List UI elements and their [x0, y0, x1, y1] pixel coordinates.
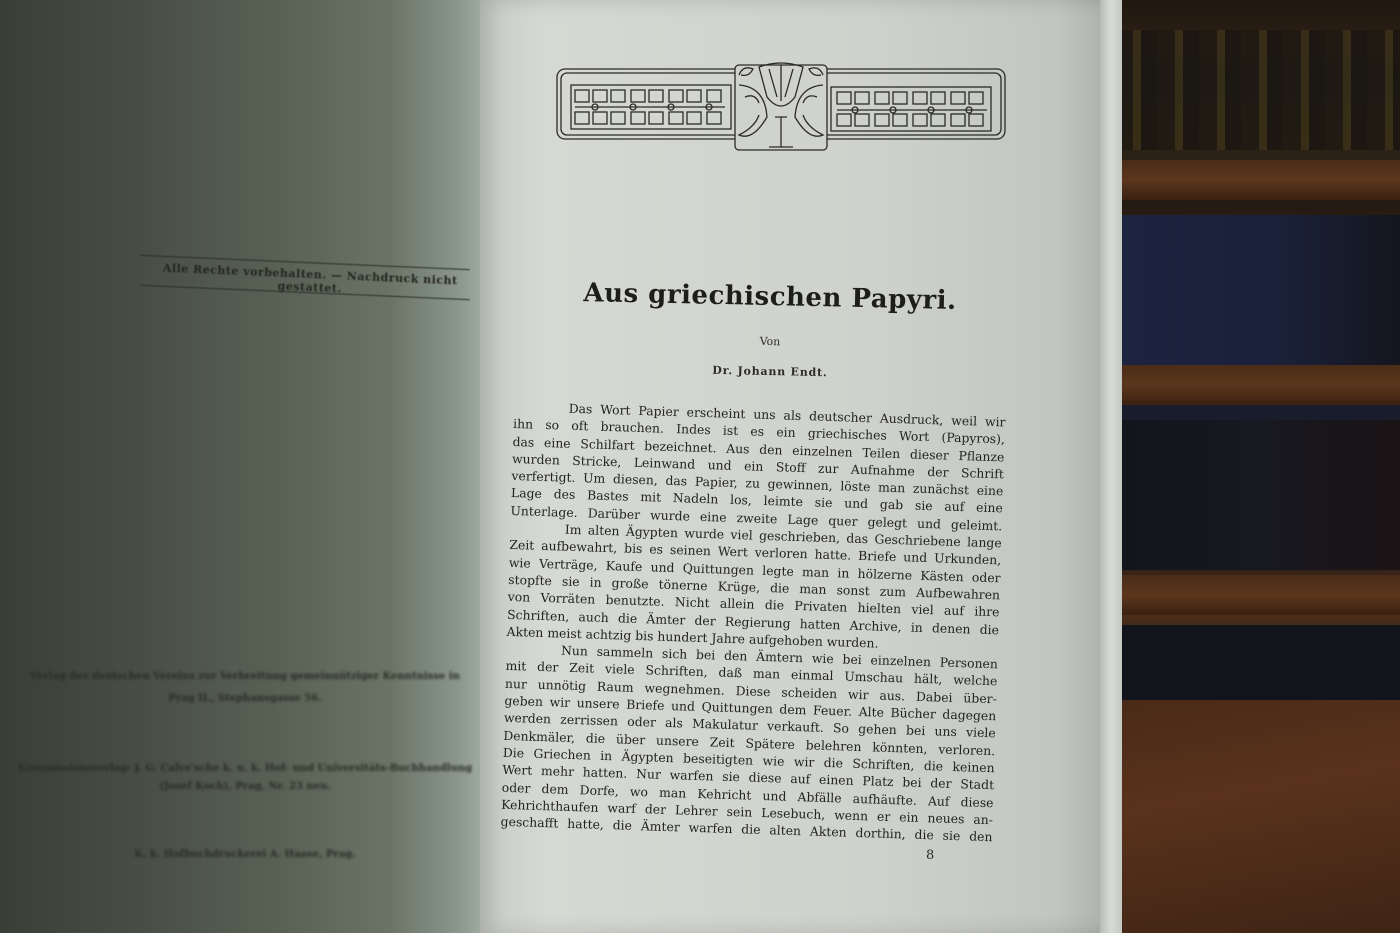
- commission-publisher-line: Kommissionsverlag: J. G. Calve'sche k. u…: [10, 762, 480, 776]
- shelf-plank: [1115, 575, 1400, 615]
- page-edges: [1100, 0, 1122, 933]
- book-spines-lower-shelf: [1115, 420, 1400, 570]
- art-nouveau-ornament-icon: [555, 57, 1007, 152]
- publisher-address-line: Prag II., Stephansgasse 56.: [10, 692, 480, 706]
- book-spines-bottom-shelf: [1115, 625, 1400, 705]
- book-spines-middle-shelf: [1115, 215, 1400, 365]
- publisher-imprint-line: Verlag des deutschen Vereins zur Verbrei…: [10, 670, 480, 684]
- shelf-plank: [1115, 365, 1400, 405]
- commission-address-line: (Josef Koch), Prag, Nr. 23 neu.: [10, 780, 480, 794]
- printer-line: K. k. Hofbuchdruckerei A. Haase, Prag.: [10, 848, 480, 862]
- page-number: 8: [926, 848, 934, 863]
- book-spines-top-shelf: [1115, 30, 1400, 150]
- article-body: Das Wort Papier erscheint uns als deutsc…: [500, 398, 1005, 846]
- shelf-plank: [1115, 160, 1400, 200]
- wooden-desk: [1120, 700, 1400, 933]
